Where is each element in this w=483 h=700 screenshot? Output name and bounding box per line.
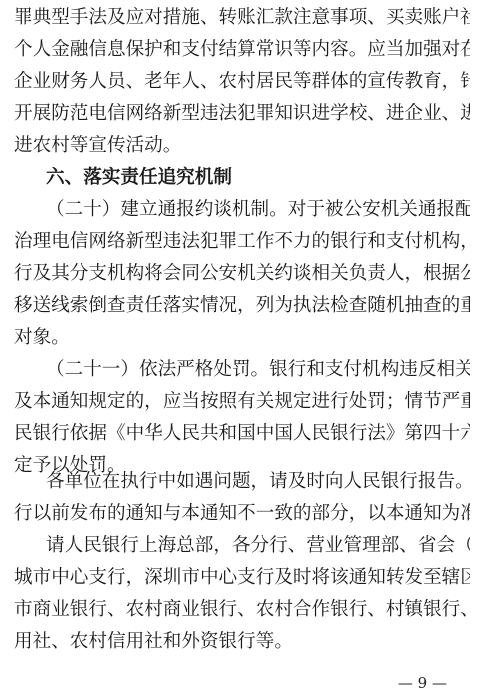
paragraph-report-line: 行以前发布的通知与本通知不一致的部分，以本通知为准。 bbox=[14, 503, 470, 525]
paragraph-20-line: 对象。 bbox=[14, 327, 470, 349]
document-page: 罪典型手法及应对措施、转账汇款注意事项、买卖账户社会危害、 个人金融信息保护和支… bbox=[0, 0, 483, 700]
paragraph-forward-line: 用社、农村信用社和外资银行等。 bbox=[14, 631, 470, 653]
paragraph-21-line: 民银行依据《中华人民共和国中国人民银行法》第四十六条的规 bbox=[14, 423, 470, 445]
text-line: 个人金融信息保护和支付结算常识等内容。应当加强对在校学生、 bbox=[14, 39, 470, 61]
paragraph-forward-line: 请人民银行上海总部，各分行、营业管理部、省会（首府） bbox=[46, 535, 470, 557]
section-heading: 六、落实责任追究机制 bbox=[46, 167, 232, 189]
text-line: 进农村等宣传活动。 bbox=[14, 135, 470, 157]
paragraph-20-line: 治理电信网络新型违法犯罪工作不力的银行和支付机构，人民银 bbox=[14, 231, 470, 253]
paragraph-20-line: 移送线索倒查责任落实情况，列为执法检查随机抽查的重点检查 bbox=[14, 295, 470, 317]
text-line: 罪典型手法及应对措施、转账汇款注意事项、买卖账户社会危害、 bbox=[14, 7, 470, 29]
paragraph-report-line: 各单位在执行中如遇问题，请及时向人民银行报告。人民银 bbox=[46, 471, 470, 493]
paragraph-20-line: 行及其分支机构将会同公安机关约谈相关负责人，根据公安机关 bbox=[14, 263, 470, 285]
paragraph-20-line: （二十）建立通报约谈机制。对于被公安机关通报配合打击 bbox=[46, 199, 470, 221]
paragraph-forward-line: 城市中心支行，深圳市中心支行及时将该通知转发至辖区内各城 bbox=[14, 567, 470, 589]
page-number: — 9 — bbox=[398, 674, 447, 692]
paragraph-21-line: 及本通知规定的，应当按照有关规定进行处罚；情节严重的，人 bbox=[14, 391, 470, 413]
paragraph-21-line: （二十一）依法严格处罚。银行和支付机构违反相关制度以 bbox=[46, 359, 470, 381]
text-line: 开展防范电信网络新型违法犯罪知识进学校、进企业、进社区、 bbox=[14, 103, 470, 125]
paragraph-forward-line: 市商业银行、农村商业银行、农村合作银行、村镇银行、城市信 bbox=[14, 599, 470, 621]
text-line: 企业财务人员、老年人、农村居民等群体的宣传教育，针对性地 bbox=[14, 71, 470, 93]
